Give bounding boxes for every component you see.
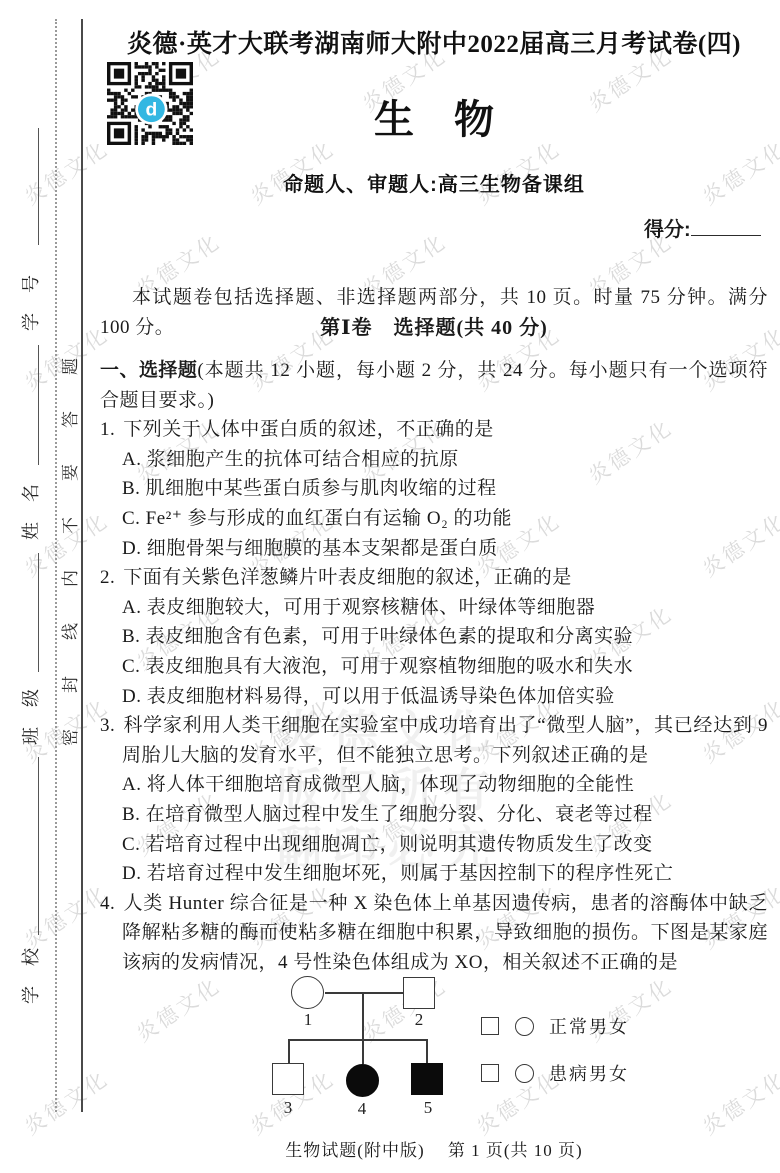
field-label-name: 姓名 [21, 442, 41, 562]
seal-line-text: 密封线内不要答题 [56, 346, 78, 746]
member-label: 3 [278, 1098, 298, 1118]
question-1: 1.下列关于人体中蛋白质的叙述，不正确的是 A. 浆细胞产生的抗体可结合相应的抗… [100, 415, 768, 563]
part1-heading: 一、选择题(本题共 12 小题，每小题 2 分，共 24 分。每小题只有一个选项… [100, 356, 768, 415]
sibship-line [288, 1039, 427, 1041]
question-number: 2. [100, 567, 115, 588]
option-c: C. 若培育过程中出现细胞凋亡，则说明其遗传物质发生了改变 [100, 830, 768, 860]
exam-title: 炎德·英才大联考湖南师大附中2022届高三月考试卷(四) [100, 24, 768, 60]
field-label-student-number: 学号 [21, 233, 41, 353]
legend-affected-male-symbol [481, 1064, 499, 1082]
question-3: 3.科学家利用人类干细胞在实验室中成功培育出了“微型人脑”，其已经达到 9 周胎… [100, 711, 768, 889]
watermark-text: 炎德文化 [18, 1063, 114, 1142]
question-stem: 3.科学家利用人类干细胞在实验室中成功培育出了“微型人脑”，其已经达到 9 周胎… [100, 711, 768, 770]
field-label-school: 学校 [21, 906, 41, 1026]
page-footer: 生物试题(附中版) 第 1 页(共 10 页) [100, 1136, 768, 1161]
option-d: D. 若培育过程中发生细胞坏死，则属于基因控制下的程序性死亡 [100, 859, 768, 889]
legend-normal-label: 正常男女 [549, 1017, 629, 1037]
drop-line-3 [288, 1039, 290, 1063]
watermark-text: 炎德文化 [696, 1063, 780, 1142]
option-d: D. 表皮细胞材料易得，可以用于低温诱导染色体加倍实验 [100, 682, 768, 712]
part1-note: (本题共 12 小题，每小题 2 分，共 24 分。每小题只有一个选项符合题目要… [100, 360, 768, 411]
option-d: D. 细胞骨架与细胞膜的基本支架都是蛋白质 [100, 534, 768, 564]
score-blank-line [691, 217, 761, 236]
pedigree-diagram: 1 2 3 4 5 正常男女 患病男女 [255, 965, 655, 1130]
member-label: 1 [298, 1010, 318, 1030]
option-c: C. 表皮细胞具有大液泡，可用于观察植物细胞的吸水和失水 [100, 652, 768, 682]
option-c: C. Fe²⁺ 参与形成的血红蛋白有运输 O₂ 的功能 [100, 504, 768, 534]
question-number: 1. [100, 419, 115, 440]
part1-lead: 一、选择题 [100, 360, 197, 381]
option-a: A. 浆细胞产生的抗体可结合相应的抗原 [100, 445, 768, 475]
question-number: 4. [100, 893, 115, 914]
pedigree-member-3-normal-male [272, 1063, 304, 1095]
question-stem: 2.下面有关紫色洋葱鳞片叶表皮细胞的叙述，正确的是 [100, 563, 768, 593]
watermark-text: 炎德文化 [130, 970, 226, 1049]
score-label: 得分: [644, 219, 691, 241]
pedigree-member-4-affected-female [346, 1064, 379, 1097]
member-label: 5 [418, 1098, 438, 1118]
drop-line-5 [426, 1039, 428, 1063]
legend-normal-male-symbol [481, 1017, 499, 1035]
option-b: B. 肌细胞中某些蛋白质参与肌肉收缩的过程 [100, 474, 768, 504]
member-label: 2 [409, 1010, 429, 1030]
option-a: A. 表皮细胞较大，可用于观察核糖体、叶绿体等细胞器 [100, 593, 768, 623]
question-2: 2.下面有关紫色洋葱鳞片叶表皮细胞的叙述，正确的是 A. 表皮细胞较大，可用于观… [100, 563, 768, 711]
exam-page: 炎德文化炎德文化炎德文化炎德文化炎德文化炎德文化炎德文化炎德文化炎德文化炎德文化… [0, 0, 780, 1173]
legend-affected-label: 患病男女 [549, 1064, 629, 1084]
option-a: A. 将人体干细胞培育成微型人脑，体现了动物细胞的全能性 [100, 770, 768, 800]
member-label: 4 [352, 1099, 372, 1119]
setters-line: 命题人、审题人:高三生物备课组 [100, 168, 768, 197]
question-stem: 1.下列关于人体中蛋白质的叙述，不正确的是 [100, 415, 768, 445]
pedigree-member-5-affected-male [411, 1063, 443, 1095]
seal-solid-line [81, 19, 83, 1112]
score-field: 得分: [644, 213, 761, 242]
questions-block: 一、选择题(本题共 12 小题，每小题 2 分，共 24 分。每小题只有一个选项… [100, 356, 768, 977]
field-label-class: 班级 [21, 647, 41, 767]
pedigree-member-1-normal-female [291, 976, 324, 1009]
legend-normal-female-symbol [515, 1017, 534, 1036]
option-b: B. 表皮细胞含有色素，可用于叶绿体色素的提取和分离实验 [100, 622, 768, 652]
pedigree-member-2-normal-male [403, 977, 435, 1009]
descent-line [362, 993, 364, 1064]
subject-title: 生 物 [100, 88, 768, 145]
question-number: 3. [100, 715, 115, 736]
legend-affected-female-symbol [515, 1064, 534, 1083]
couple-line [325, 992, 403, 994]
section1-heading: 第Ⅰ卷 选择题(共 40 分) [100, 311, 768, 340]
blank-line-student-number [38, 128, 39, 245]
option-b: B. 在培育微型人脑过程中发生了细胞分裂、分化、衰老等过程 [100, 800, 768, 830]
